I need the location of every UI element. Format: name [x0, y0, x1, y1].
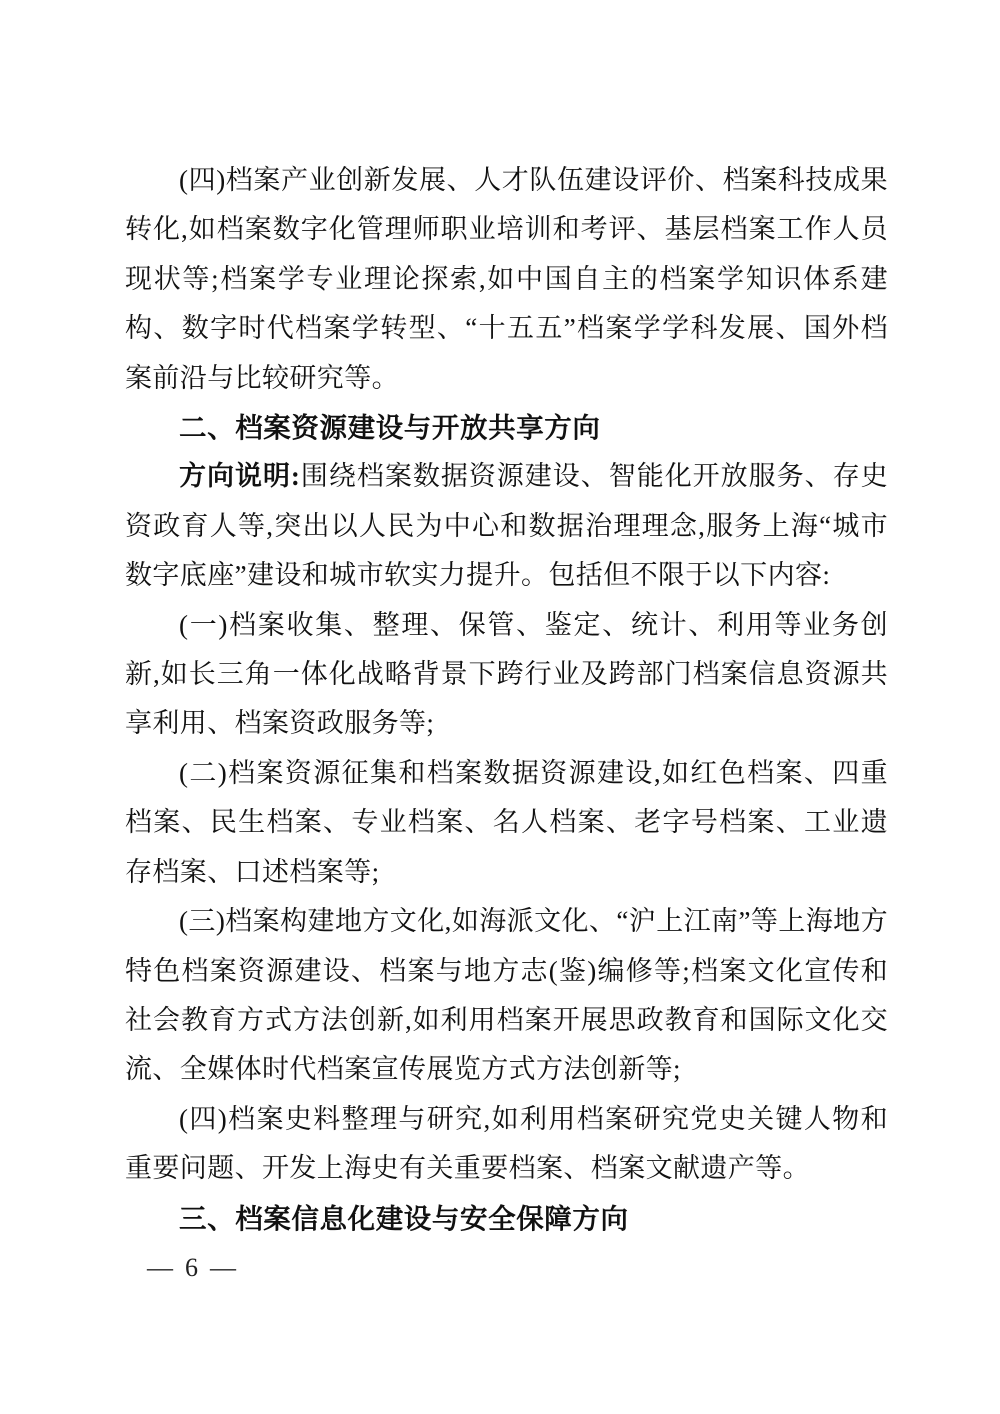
direction-paragraph: 方向说明:围绕档案数据资源建设、智能化开放服务、存史资政育人等,突出以人民为中心…	[125, 452, 888, 600]
paragraph-section2-item4: (四)档案史料整理与研究,如利用档案研究党史关键人物和重要问题、开发上海史有关重…	[125, 1095, 888, 1194]
footer-dash-right: —	[210, 1250, 236, 1286]
document-page: (四)档案产业创新发展、人才队伍建设评价、档案科技成果转化,如档案数字化管理师职…	[0, 0, 1000, 1414]
section2-heading: 二、档案资源建设与开放共享方向	[125, 403, 888, 452]
section3-heading: 三、档案信息化建设与安全保障方向	[125, 1194, 888, 1243]
direction-label: 方向说明:	[179, 461, 300, 491]
footer-dash-left: —	[147, 1250, 173, 1286]
page-footer: —6—	[147, 1250, 236, 1286]
paragraph-section2-item2: (二)档案资源征集和档案数据资源建设,如红色档案、四重档案、民生档案、专业档案、…	[125, 749, 888, 897]
paragraph-section1-item4: (四)档案产业创新发展、人才队伍建设评价、档案科技成果转化,如档案数字化管理师职…	[125, 156, 888, 403]
page-number: 6	[185, 1250, 198, 1286]
paragraph-section2-item3: (三)档案构建地方文化,如海派文化、“沪上江南”等上海地方特色档案资源建设、档案…	[125, 897, 888, 1095]
paragraph-section2-item1: (一)档案收集、整理、保管、鉴定、统计、利用等业务创新,如长三角一体化战略背景下…	[125, 601, 888, 749]
